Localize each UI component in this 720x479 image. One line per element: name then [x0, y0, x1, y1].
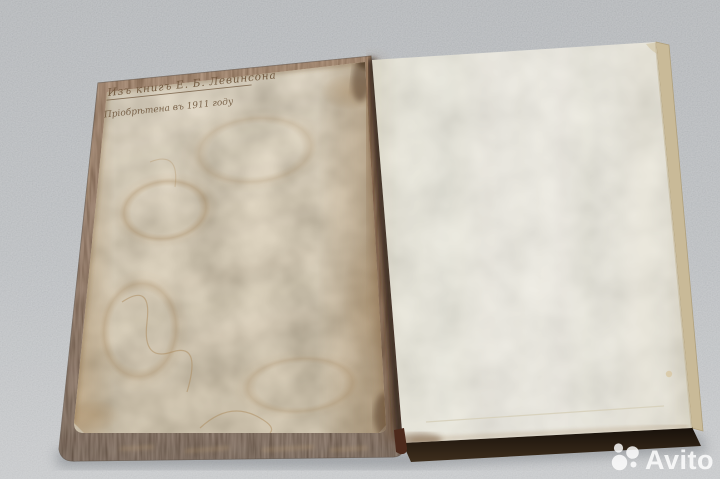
book-photo: Изъ книгъ Е. Б. Левинсона Пріобрѣтена въ… [0, 0, 720, 479]
page-spot [666, 371, 672, 377]
watermark-label: Avito [645, 445, 714, 475]
right-page-detail [365, 35, 710, 450]
photo-stage: Изъ книгъ Е. Б. Левинсона Пріобрѣтена въ… [0, 0, 720, 479]
